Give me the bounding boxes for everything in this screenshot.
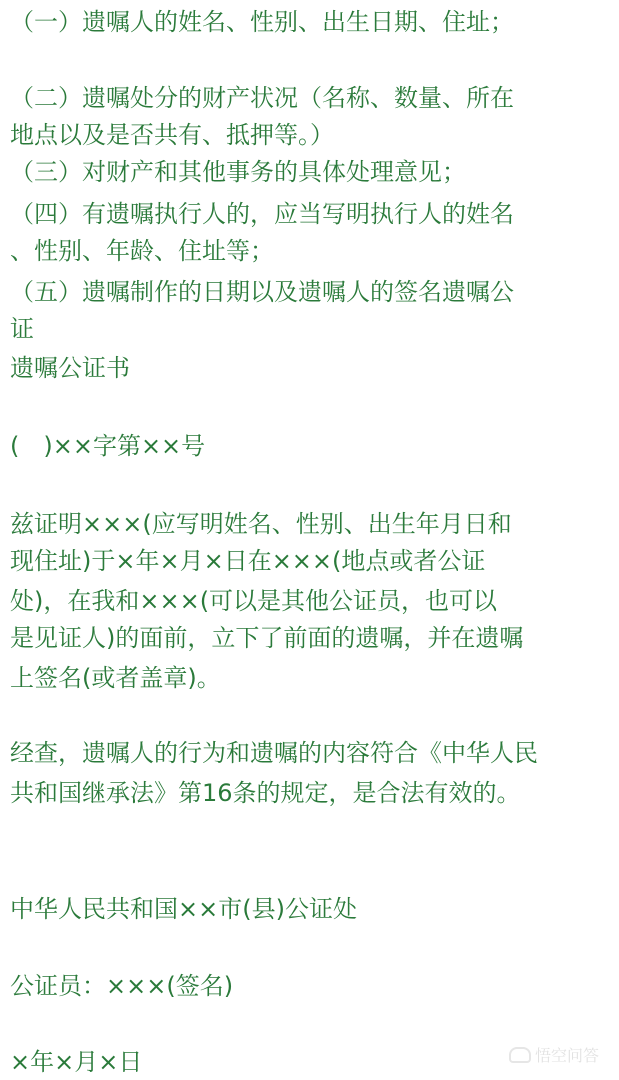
text-line: 中华人民共和国××市(县)公证处: [10, 893, 357, 925]
text-line: ×年×月×日: [10, 1046, 142, 1078]
text-line: 上签名(或者盖章)。: [10, 662, 221, 694]
text-line: 经查，遗嘱人的行为和遗嘱的内容符合《中华人民: [10, 737, 538, 769]
text-line: 是见证人)的面前，立下了前面的遗嘱，并在遗嘱: [10, 622, 523, 654]
text-line: 现住址)于×年×月×日在×××(地点或者公证: [10, 545, 485, 577]
text-line: （五）遗嘱制作的日期以及遗嘱人的签名遗嘱公: [10, 276, 514, 308]
text-line: （三）对财产和其他事务的具体处理意见；: [10, 156, 466, 188]
text-line: ( )××字第××号: [10, 430, 205, 462]
text-line: （一）遗嘱人的姓名、性别、出生日期、住址；: [10, 6, 514, 38]
text-line: 、性别、年龄、住址等；: [10, 235, 274, 267]
text-line: 兹证明×××(应写明姓名、性别、出生年月日和: [10, 508, 512, 540]
text-line: 证: [10, 313, 34, 345]
watermark-text: 悟空问答: [535, 1043, 599, 1066]
text-line: 处)，在我和×××(可以是其他公证员，也可以: [10, 585, 497, 617]
text-line: 地点以及是否共有、抵押等。）: [10, 119, 334, 151]
text-line: 共和国继承法》第16条的规定，是合法有效的。: [10, 777, 521, 809]
text-line: （四）有遗嘱执行人的，应当写明执行人的姓名: [10, 198, 514, 230]
watermark: 悟空问答: [509, 1043, 599, 1066]
text-line: （二）遗嘱处分的财产状况（名称、数量、所在: [10, 82, 514, 114]
text-line: 遗嘱公证书: [10, 352, 130, 384]
wukong-logo-icon: [509, 1047, 531, 1063]
text-line: 公证员：×××(签名): [10, 970, 233, 1002]
